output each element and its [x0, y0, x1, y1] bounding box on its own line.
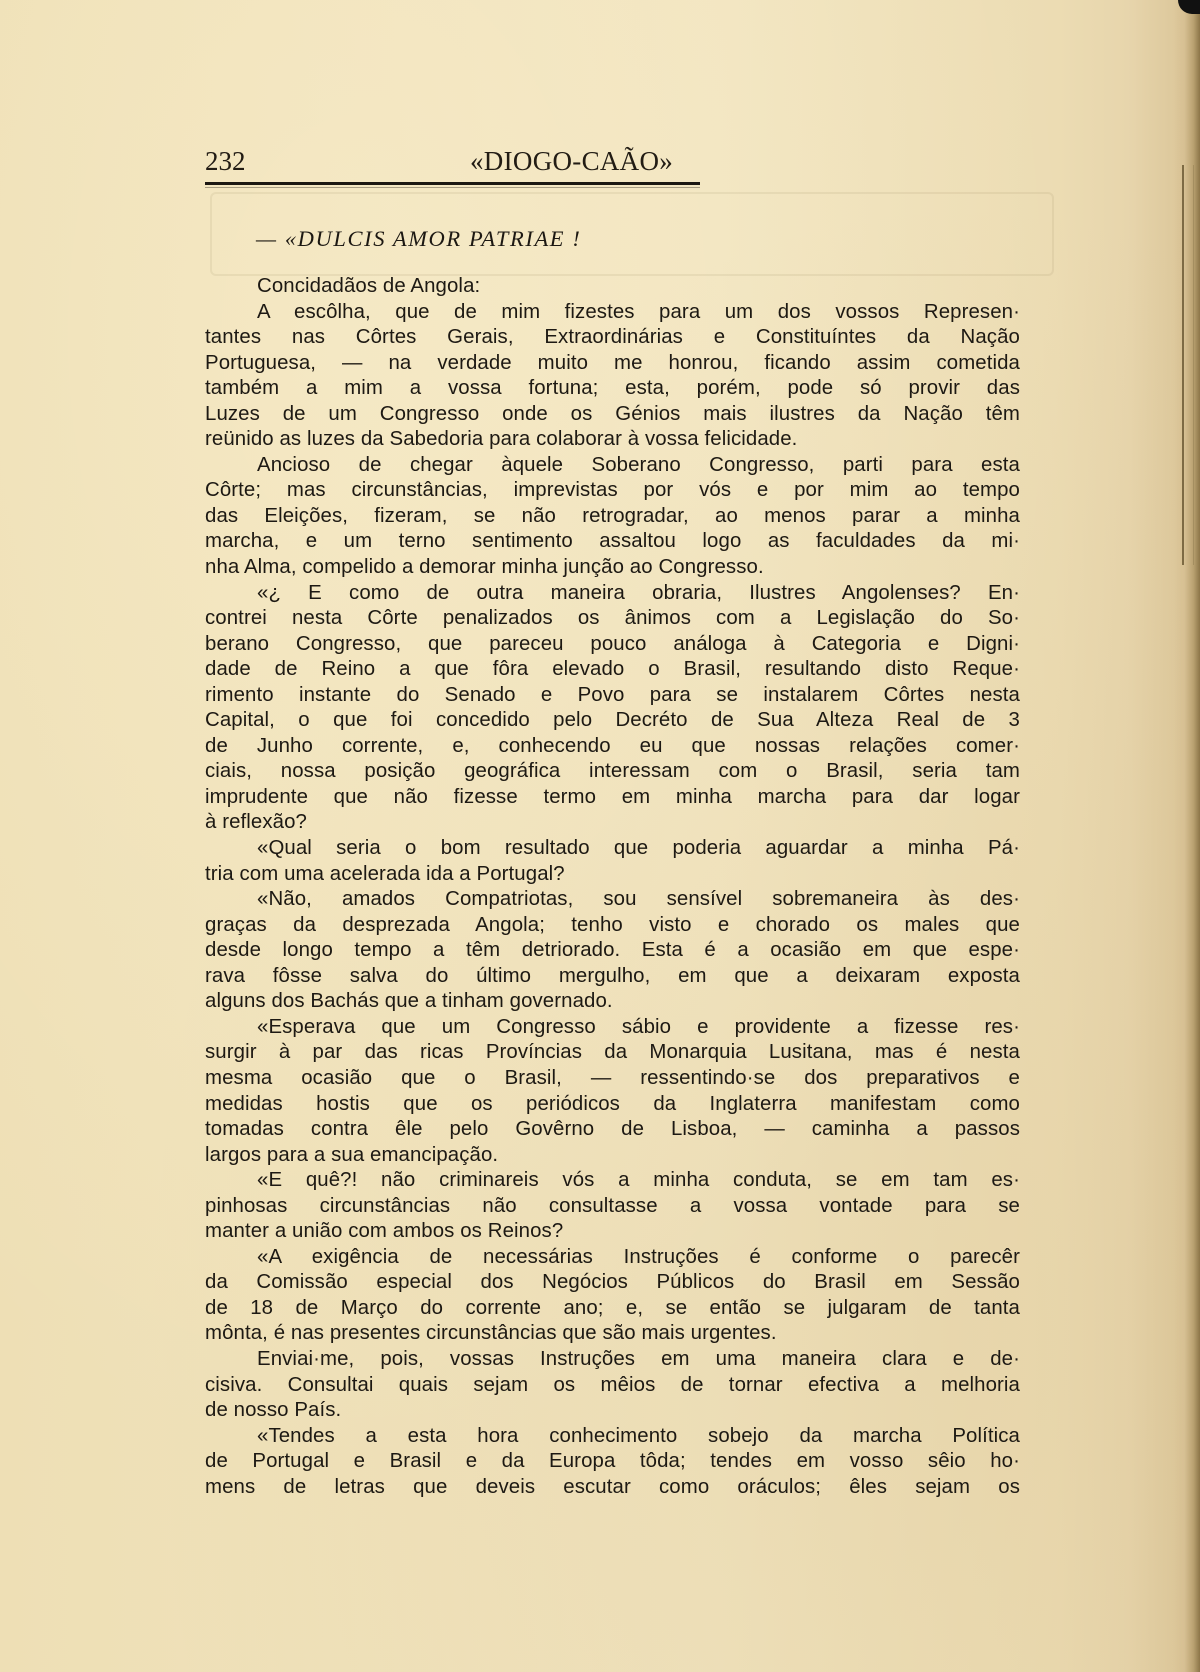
paragraph-line: rava fôsse salva do último mergulho, em …	[205, 964, 1020, 990]
paragraph-line: tria com uma acelerada ida a Portugal?	[205, 862, 1020, 888]
paragraph-first-line: A escôlha, que de mim fizestes para um d…	[205, 300, 1020, 326]
paragraph-first-line: «Qual seria o bom resultado que poderia …	[205, 836, 1020, 862]
paragraph-line: manter a união com ambos os Reinos?	[205, 1219, 1020, 1245]
paragraph-line: largos para a sua emancipação.	[205, 1143, 1020, 1169]
page-number: 232	[205, 146, 246, 177]
salutation: Concidadãos de Angola:	[205, 274, 1020, 300]
paragraph-line: graças da desprezada Angola; tenho visto…	[205, 913, 1020, 939]
paragraph-line: de Junho corrente, e, conhecendo eu que …	[205, 734, 1020, 760]
header-rule-shadow	[205, 187, 700, 188]
paragraph-line: nha Alma, compelido a demorar minha junç…	[205, 555, 1020, 581]
paragraph-line: imprudente que não fizesse termo em minh…	[205, 785, 1020, 811]
paragraph-line: da Comissão especial dos Negócios Públic…	[205, 1270, 1020, 1296]
paragraph-line: rimento instante do Senado e Povo para s…	[205, 683, 1020, 709]
paragraph-first-line: «A exigência de necessárias Instruções é…	[205, 1245, 1020, 1271]
paragraph-line: pinhosas circunstâncias não consultasse …	[205, 1194, 1020, 1220]
paragraph-line: das Eleições, fizeram, se não retrograda…	[205, 504, 1020, 530]
paragraph-first-line: Ancioso de chegar àquele Soberano Congre…	[205, 453, 1020, 479]
paragraph-line: de nosso País.	[205, 1398, 1020, 1424]
paragraph-line: Luzes de um Congresso onde os Génios mai…	[205, 402, 1020, 428]
paragraph-line: de Portugal e Brasil e da Europa tôda; t…	[205, 1449, 1020, 1475]
paragraph-line: mônta, é nas presentes circunstâncias qu…	[205, 1321, 1020, 1347]
binding-mark	[1182, 165, 1194, 565]
paragraph-line: medidas hostis que os periódicos da Ingl…	[205, 1092, 1020, 1118]
paragraph-line: de 18 de Março do corrente ano; e, se en…	[205, 1296, 1020, 1322]
paragraph-line: mens de letras que deveis escutar como o…	[205, 1475, 1020, 1501]
paragraph-line: Côrte; mas circunstâncias, imprevistas p…	[205, 478, 1020, 504]
paragraph-line: à reflexão?	[205, 810, 1020, 836]
paragraph-line: alguns dos Bachás que a tinham governado…	[205, 989, 1020, 1015]
paragraph-first-line: «Esperava que um Congresso sábio e provi…	[205, 1015, 1020, 1041]
paragraph-first-line: «E quê?! não criminareis vós a minha con…	[205, 1168, 1020, 1194]
body-text: Concidadãos de Angola: A escôlha, que de…	[205, 274, 1020, 1500]
paragraph-line: Capital, o que foi concedido pelo Decrét…	[205, 708, 1020, 734]
header-rule	[205, 182, 700, 185]
paragraph-line: reünido as luzes da Sabedoria para colab…	[205, 427, 1020, 453]
paragraph-line: tomadas contra êle pelo Govêrno de Lisbo…	[205, 1117, 1020, 1143]
book-spine-edge	[1174, 0, 1200, 1672]
paragraph-line: surgir à par das ricas Províncias da Mon…	[205, 1040, 1020, 1066]
paragraph-line: cisiva. Consultai quais sejam os mêios d…	[205, 1373, 1020, 1399]
paragraph-line: também a mim a vossa fortuna; esta, poré…	[205, 376, 1020, 402]
paragraph-first-line: «¿ E como de outra maneira obraria, Ilus…	[205, 581, 1020, 607]
paragraph-line: desde longo tempo a têm detriorado. Esta…	[205, 938, 1020, 964]
paragraph-line: contrei nesta Côrte penalizados os ânimo…	[205, 606, 1020, 632]
paragraph-first-line: Enviai·me, pois, vossas Instruções em um…	[205, 1347, 1020, 1373]
running-head: 232 «DIOGO-CAÃO»	[205, 146, 700, 176]
paragraph-line: marcha, e um terno sentimento assaltou l…	[205, 529, 1020, 555]
paragraph-line: dade de Reino a que fôra elevado o Brasi…	[205, 657, 1020, 683]
paragraph-line: ciais, nossa posição geográfica interess…	[205, 759, 1020, 785]
epigraph: — «DULCIS AMOR PATRIAE !	[256, 226, 581, 252]
paragraph-line: tantes nas Côrtes Gerais, Extraordinária…	[205, 325, 1020, 351]
paragraph-first-line: «Não, amados Compatriotas, sou sensível …	[205, 887, 1020, 913]
paragraph-first-line: «Tendes a esta hora conhecimento sobejo …	[205, 1424, 1020, 1450]
paragraph-line: berano Congresso, que pareceu pouco anál…	[205, 632, 1020, 658]
running-title: «DIOGO-CAÃO»	[470, 146, 673, 177]
paragraph-line: mesma ocasião que o Brasil, — ressentind…	[205, 1066, 1020, 1092]
paragraph-line: Portuguesa, — na verdade muito me honrou…	[205, 351, 1020, 377]
